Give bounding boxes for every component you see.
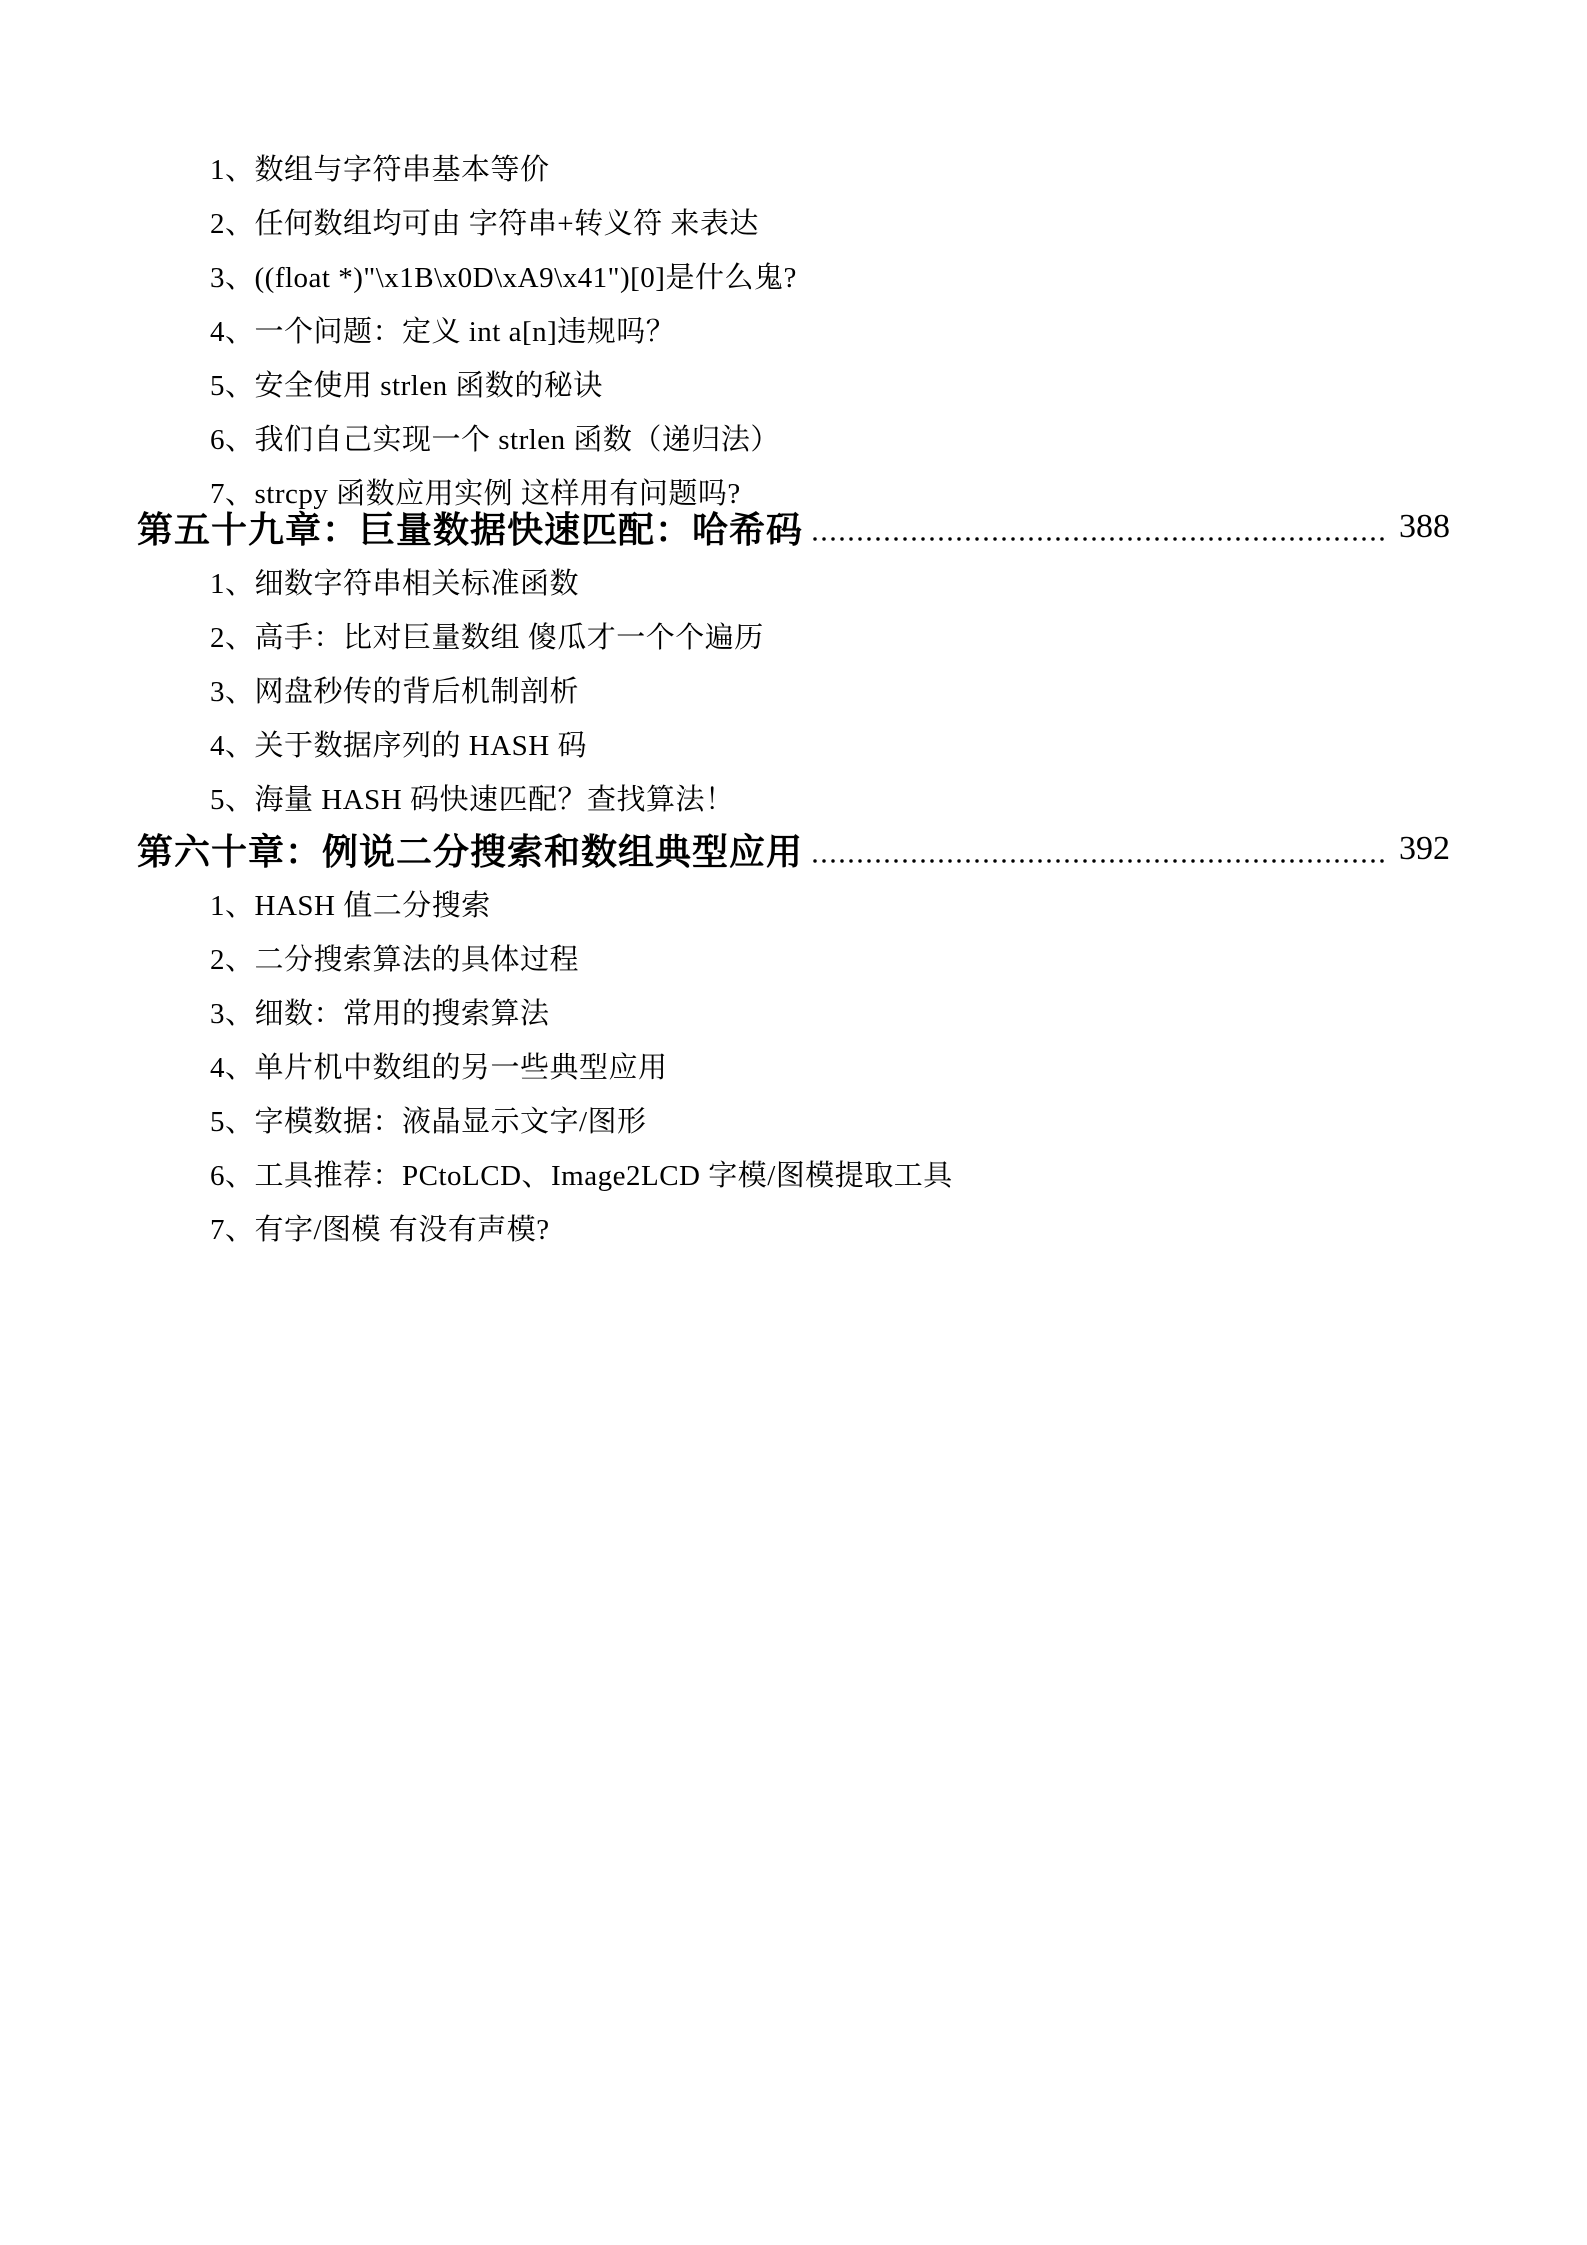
- chapter-heading-row: 第六十章：例说二分搜索和数组典型应用 392: [137, 822, 1450, 876]
- toc-item: 3、((float *)"\x1B\x0D\xA9\x41")[0]是什么鬼?: [210, 248, 1450, 302]
- chapter-page-number: 388: [1399, 508, 1450, 546]
- toc-item-list: 1、细数字符串相关标准函数 2、高手：比对巨量数组 傻瓜才一个个遍历 3、网盘秒…: [137, 554, 1450, 824]
- chapter-page-number: 392: [1399, 830, 1450, 868]
- chapter-heading-row: 第五十九章：巨量数据快速匹配：哈希码 388: [137, 500, 1450, 554]
- chapter-title: 第五十九章：巨量数据快速匹配：哈希码: [137, 502, 803, 553]
- toc-item: 7、有字/图模 有没有声模?: [210, 1200, 1450, 1254]
- toc-item: 1、细数字符串相关标准函数: [210, 554, 1450, 608]
- toc-item: 5、字模数据：液晶显示文字/图形: [210, 1092, 1450, 1146]
- toc-item: 1、HASH 值二分搜索: [210, 876, 1450, 930]
- toc-item-list: 1、数组与字符串基本等价 2、任何数组均可由 字符串+转义符 来表达 3、((f…: [137, 140, 1450, 518]
- document-page: 1、数组与字符串基本等价 2、任何数组均可由 字符串+转义符 来表达 3、((f…: [0, 0, 1587, 2245]
- toc-item: 2、二分搜索算法的具体过程: [210, 930, 1450, 984]
- toc-item: 6、我们自己实现一个 strlen 函数（递归法）: [210, 410, 1450, 464]
- toc-item: 2、任何数组均可由 字符串+转义符 来表达: [210, 194, 1450, 248]
- toc-item: 4、关于数据序列的 HASH 码: [210, 716, 1450, 770]
- toc-item: 2、高手：比对巨量数组 傻瓜才一个个遍历: [210, 608, 1450, 662]
- toc-item: 3、网盘秒传的背后机制剖析: [210, 662, 1450, 716]
- toc-item: 5、安全使用 strlen 函数的秘诀: [210, 356, 1450, 410]
- toc-item-list: 1、HASH 值二分搜索 2、二分搜索算法的具体过程 3、细数：常用的搜索算法 …: [137, 876, 1450, 1254]
- toc-item: 3、细数：常用的搜索算法: [210, 984, 1450, 1038]
- dot-leader: [811, 536, 1389, 542]
- toc-section-prev-chapter: 1、数组与字符串基本等价 2、任何数组均可由 字符串+转义符 来表达 3、((f…: [137, 140, 1450, 518]
- toc-section-chapter-60: 第六十章：例说二分搜索和数组典型应用 392 1、HASH 值二分搜索 2、二分…: [137, 822, 1450, 1254]
- toc-item: 5、海量 HASH 码快速匹配？查找算法！: [210, 770, 1450, 824]
- dot-leader: [811, 858, 1389, 864]
- toc-item: 4、一个问题：定义 int a[n]违规吗？: [210, 302, 1450, 356]
- chapter-title: 第六十章：例说二分搜索和数组典型应用: [137, 824, 803, 875]
- toc-item: 6、工具推荐：PCtoLCD、Image2LCD 字模/图模提取工具: [210, 1146, 1450, 1200]
- toc-item: 4、单片机中数组的另一些典型应用: [210, 1038, 1450, 1092]
- toc-section-chapter-59: 第五十九章：巨量数据快速匹配：哈希码 388 1、细数字符串相关标准函数 2、高…: [137, 500, 1450, 824]
- toc-item: 1、数组与字符串基本等价: [210, 140, 1450, 194]
